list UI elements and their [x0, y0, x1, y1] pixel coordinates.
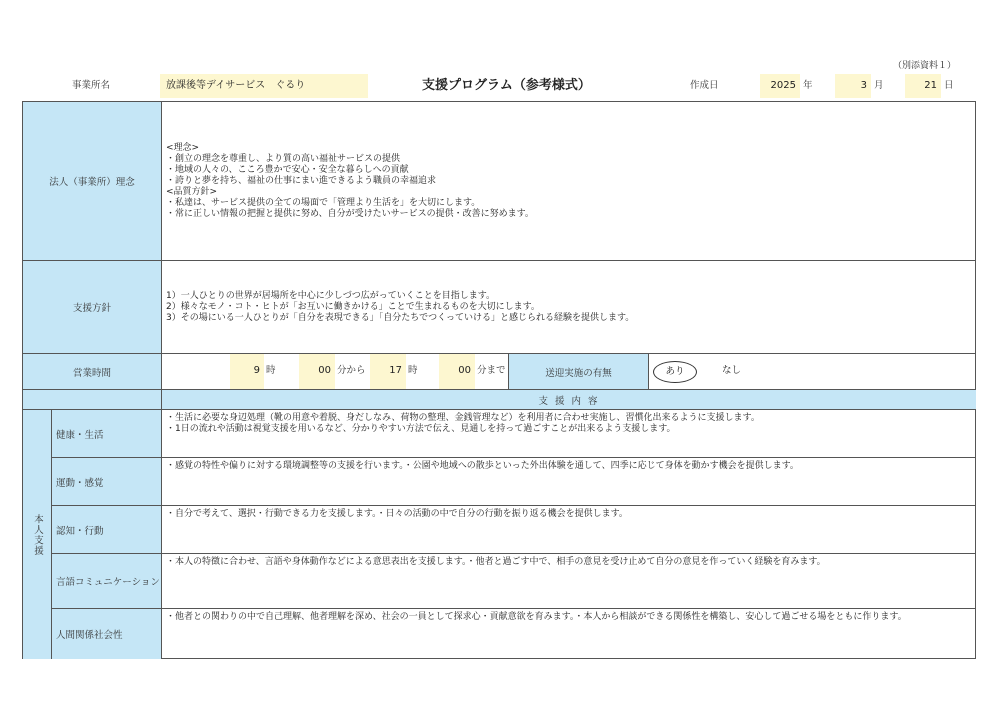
support-content-header: 支 援 内 容 [162, 390, 976, 410]
hours-cell: 9 時 00 分から 17 時 00 分まで [162, 354, 509, 390]
support-row-text-health-life[interactable]: ・生活に必要な身辺処理（靴の用意や着脱、身だしなみ、荷物の整理、金銭管理など）を… [162, 410, 976, 458]
support-row-text: ・自分で考えて、選択・行動できる力を支援します。・日々の活動の中で自分の行動を振… [166, 509, 972, 520]
transport-label: 送迎実施の有無 [509, 354, 649, 390]
support-row-text-language-communication[interactable]: ・本人の特徴に合わせ、言語や身体動作などによる意思表出を支援します。・他者と過ご… [162, 554, 976, 609]
transport-label-text: 送迎実施の有無 [545, 365, 612, 379]
self-support-group-text: 本人支援 [30, 514, 44, 556]
hours-label: 営業時間 [23, 354, 162, 390]
year-field[interactable]: 2025 [760, 74, 800, 98]
transport-options: あり なし [649, 354, 976, 390]
month-field[interactable]: 3 [835, 74, 871, 98]
office-name-field[interactable]: 放課後等デイサービス ぐるり [160, 74, 368, 98]
support-row-text: ・感覚の特性や偏りに対する環境調整等の支援を行います。・公園や地域への散歩といっ… [166, 461, 972, 472]
day-unit: 日 [944, 74, 954, 98]
policy-text: 1）一人ひとりの世界が居場所を中心に少しづつ広がっていくことを目指します。 2）… [166, 291, 972, 324]
month-unit: 月 [874, 74, 884, 98]
day-field[interactable]: 21 [905, 74, 941, 98]
philosophy-label-text: 法人（事業所）理念 [49, 174, 135, 188]
transport-no-option[interactable]: なし [722, 354, 741, 388]
support-row-label-language-communication: 言語コミュニケーション [52, 554, 162, 609]
support-row-label-text: 認知・行動 [56, 523, 104, 537]
transport-yes-option[interactable]: あり [653, 361, 697, 383]
support-row-text: ・他者との関わりの中で自己理解、他者理解を深め、社会の一員として探求心・貢献意欲… [166, 612, 972, 623]
end-minute-field[interactable]: 00 [439, 354, 475, 389]
support-row-label-text: 運動・感覚 [56, 475, 104, 489]
support-row-label-text: 言語コミュニケーション [56, 574, 160, 588]
self-support-group-label: 本人支援 [23, 410, 52, 659]
philosophy-text-cell[interactable]: <理念> ・創立の理念を尊重し、より質の高い福祉サービスの提供 ・地域の人々の、… [162, 102, 976, 261]
support-row-text-cognition-behavior[interactable]: ・自分で考えて、選択・行動できる力を支援します。・日々の活動の中で自分の行動を振… [162, 506, 976, 554]
office-label: 事業所名 [72, 74, 110, 98]
support-row-text: ・生活に必要な身辺処理（靴の用意や着脱、身だしなみ、荷物の整理、金銭管理など）を… [166, 413, 972, 435]
philosophy-label: 法人（事業所）理念 [23, 102, 162, 261]
start-hour-unit: 時 [266, 354, 276, 388]
attachment-note: （別添資料１） [893, 58, 956, 71]
support-row-label-movement-sensation: 運動・感覚 [52, 458, 162, 506]
support-row-label-text: 人間関係社会性 [56, 627, 123, 641]
policy-text-cell[interactable]: 1）一人ひとりの世界が居場所を中心に少しづつ広がっていくことを目指します。 2）… [162, 261, 976, 354]
hours-label-text: 営業時間 [73, 365, 111, 379]
from-unit: 分から [337, 354, 366, 388]
start-minute-field[interactable]: 00 [299, 354, 335, 389]
support-program-table: 法人（事業所）理念 <理念> ・創立の理念を尊重し、より質の高い福祉サービスの提… [22, 101, 976, 659]
support-row-label-social-relations: 人間関係社会性 [52, 609, 162, 659]
created-date-label: 作成日 [690, 74, 719, 98]
policy-label-text: 支援方針 [73, 300, 111, 314]
end-hour-field[interactable]: 17 [370, 354, 406, 389]
to-unit: 分まで [477, 354, 506, 388]
year-unit: 年 [803, 74, 813, 98]
philosophy-text: <理念> ・創立の理念を尊重し、より質の高い福祉サービスの提供 ・地域の人々の、… [166, 143, 972, 220]
support-content-header-text: 支 援 内 容 [538, 393, 599, 407]
section-header-left [23, 390, 162, 410]
end-hour-unit: 時 [408, 354, 418, 388]
support-row-label-cognition-behavior: 認知・行動 [52, 506, 162, 554]
start-hour-field[interactable]: 9 [230, 354, 264, 389]
support-row-text-movement-sensation[interactable]: ・感覚の特性や偏りに対する環境調整等の支援を行います。・公園や地域への散歩といっ… [162, 458, 976, 506]
support-row-label-text: 健康・生活 [56, 427, 104, 441]
support-row-text-social-relations[interactable]: ・他者との関わりの中で自己理解、他者理解を深め、社会の一員として探求心・貢献意欲… [162, 609, 976, 659]
policy-label: 支援方針 [23, 261, 162, 354]
support-row-text: ・本人の特徴に合わせ、言語や身体動作などによる意思表出を支援します。・他者と過ご… [166, 557, 972, 568]
page-title: 支援プログラム（参考様式） [422, 74, 591, 98]
support-row-label-health-life: 健康・生活 [52, 410, 162, 458]
